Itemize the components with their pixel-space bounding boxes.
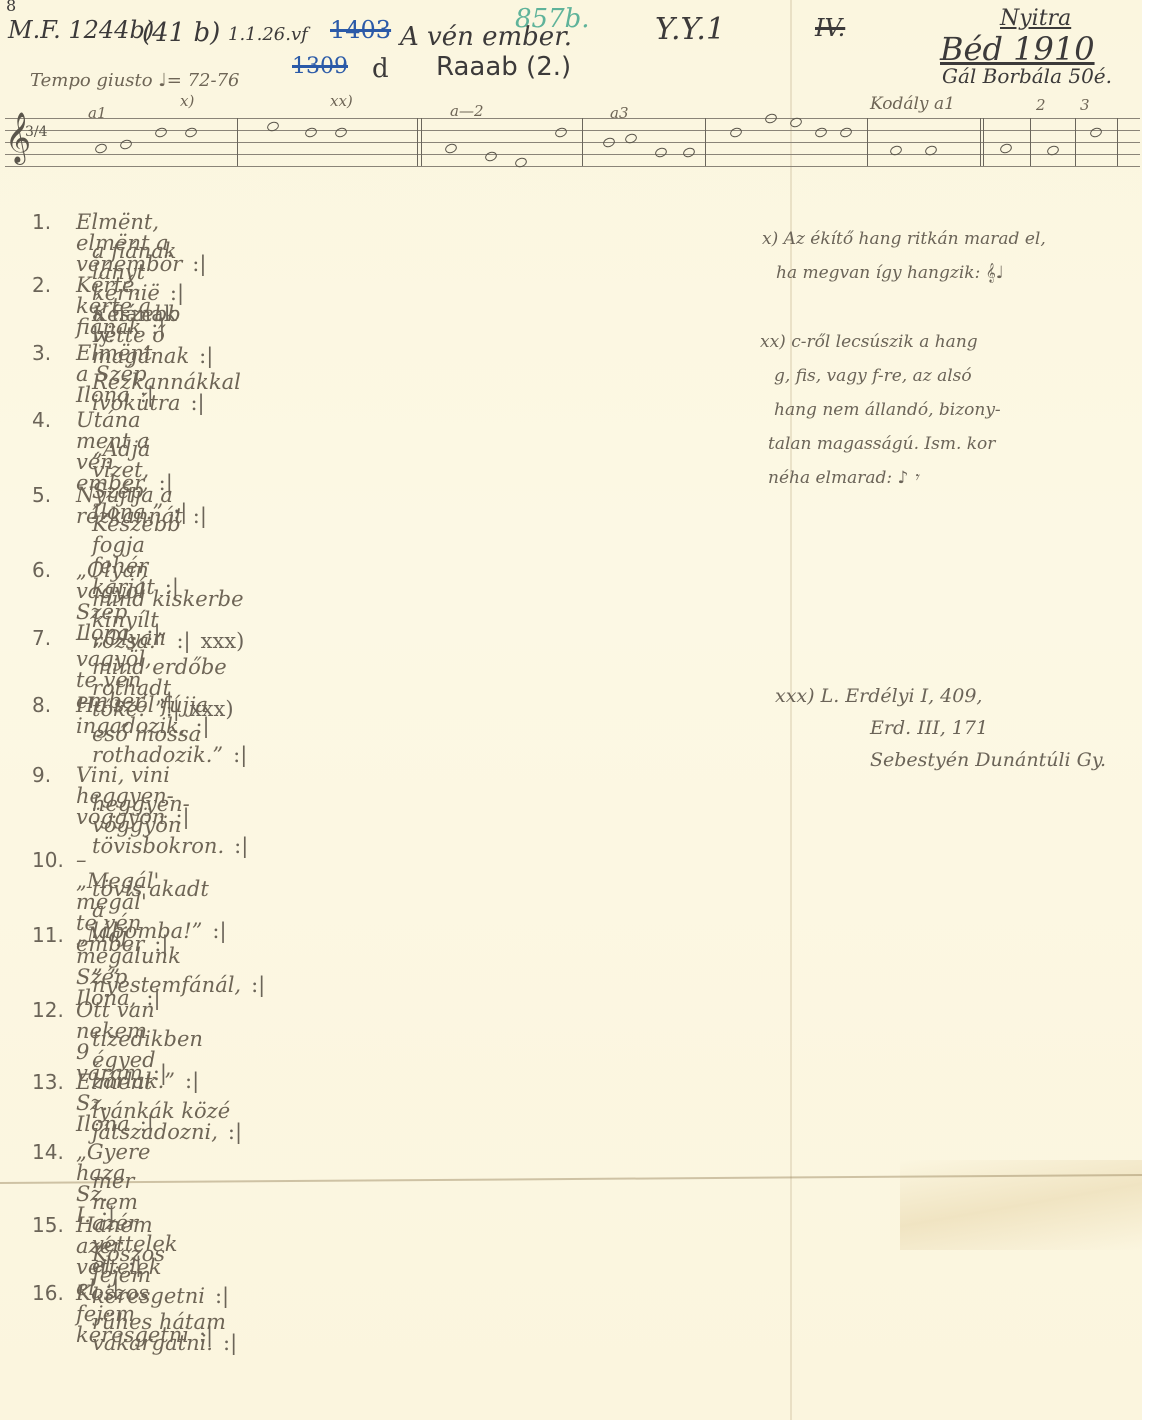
note-head-icon	[304, 126, 318, 139]
note-head-icon	[814, 126, 828, 139]
note-head-icon	[602, 136, 616, 149]
place-year: Béd 1910	[940, 30, 1095, 68]
manuscript-page: 8 M.F. 1244b) (41 b) 1.1.26.vf 1403 A vé…	[0, 0, 1142, 1420]
note-head-icon	[654, 146, 668, 159]
note-head-icon	[334, 126, 348, 139]
green-number: 857b.	[515, 4, 590, 34]
catalog-id: M.F. 1244b)	[8, 16, 154, 44]
time-signature: 3/4	[25, 124, 48, 140]
note-head-icon	[184, 126, 198, 139]
label-3: 3	[1080, 96, 1090, 114]
note-head-icon	[94, 142, 108, 155]
structure: Raaab (2.)	[436, 52, 571, 82]
struck-mark: IV.	[815, 14, 845, 42]
reference-number: 1.1.26.vf	[228, 24, 308, 45]
music-example-icon: 𝄞♩	[986, 263, 1004, 283]
tempo: Tempo giusto ♩= 72-76	[30, 70, 240, 91]
note-head-icon	[554, 126, 568, 139]
note-head-icon	[729, 126, 743, 139]
note-head-icon	[764, 112, 778, 125]
note-head-icon	[484, 150, 498, 163]
footnote-xxx: xxx) L. Erdélyi I, 409, Erd. III, 171 Se…	[775, 680, 1106, 776]
label-xx: xx)	[330, 92, 353, 110]
region: Nyitra	[1000, 6, 1071, 31]
code: Y.Y.1	[655, 12, 725, 47]
label-2: 2	[1036, 96, 1046, 114]
page-mark: 8	[6, 0, 16, 15]
label-x: x)	[180, 92, 194, 110]
note-head-icon	[154, 126, 168, 139]
sub-id: (41 b)	[142, 18, 220, 48]
singer: Gál Borbála 50é.	[942, 64, 1112, 88]
note-head-icon	[999, 142, 1013, 155]
note-head-icon	[682, 146, 696, 159]
footnote-xx: xx) c-ről lecsúszik a hang g, fis, vagy …	[760, 325, 1001, 495]
note-head-icon	[1089, 126, 1103, 139]
music-staff: 𝄞 3/4	[5, 118, 1140, 180]
struck-number-2: 1309	[292, 54, 348, 79]
note-head-icon	[839, 126, 853, 139]
footnote-x: x) Az ékítő hang ritkán marad el, ha meg…	[762, 222, 1046, 290]
note-head-icon	[119, 138, 133, 151]
struck-letter: d	[372, 54, 389, 84]
label-kodaly-a1: Kodály a1	[870, 94, 955, 114]
struck-number-1: 1403	[330, 16, 391, 44]
note-head-icon	[444, 142, 458, 155]
